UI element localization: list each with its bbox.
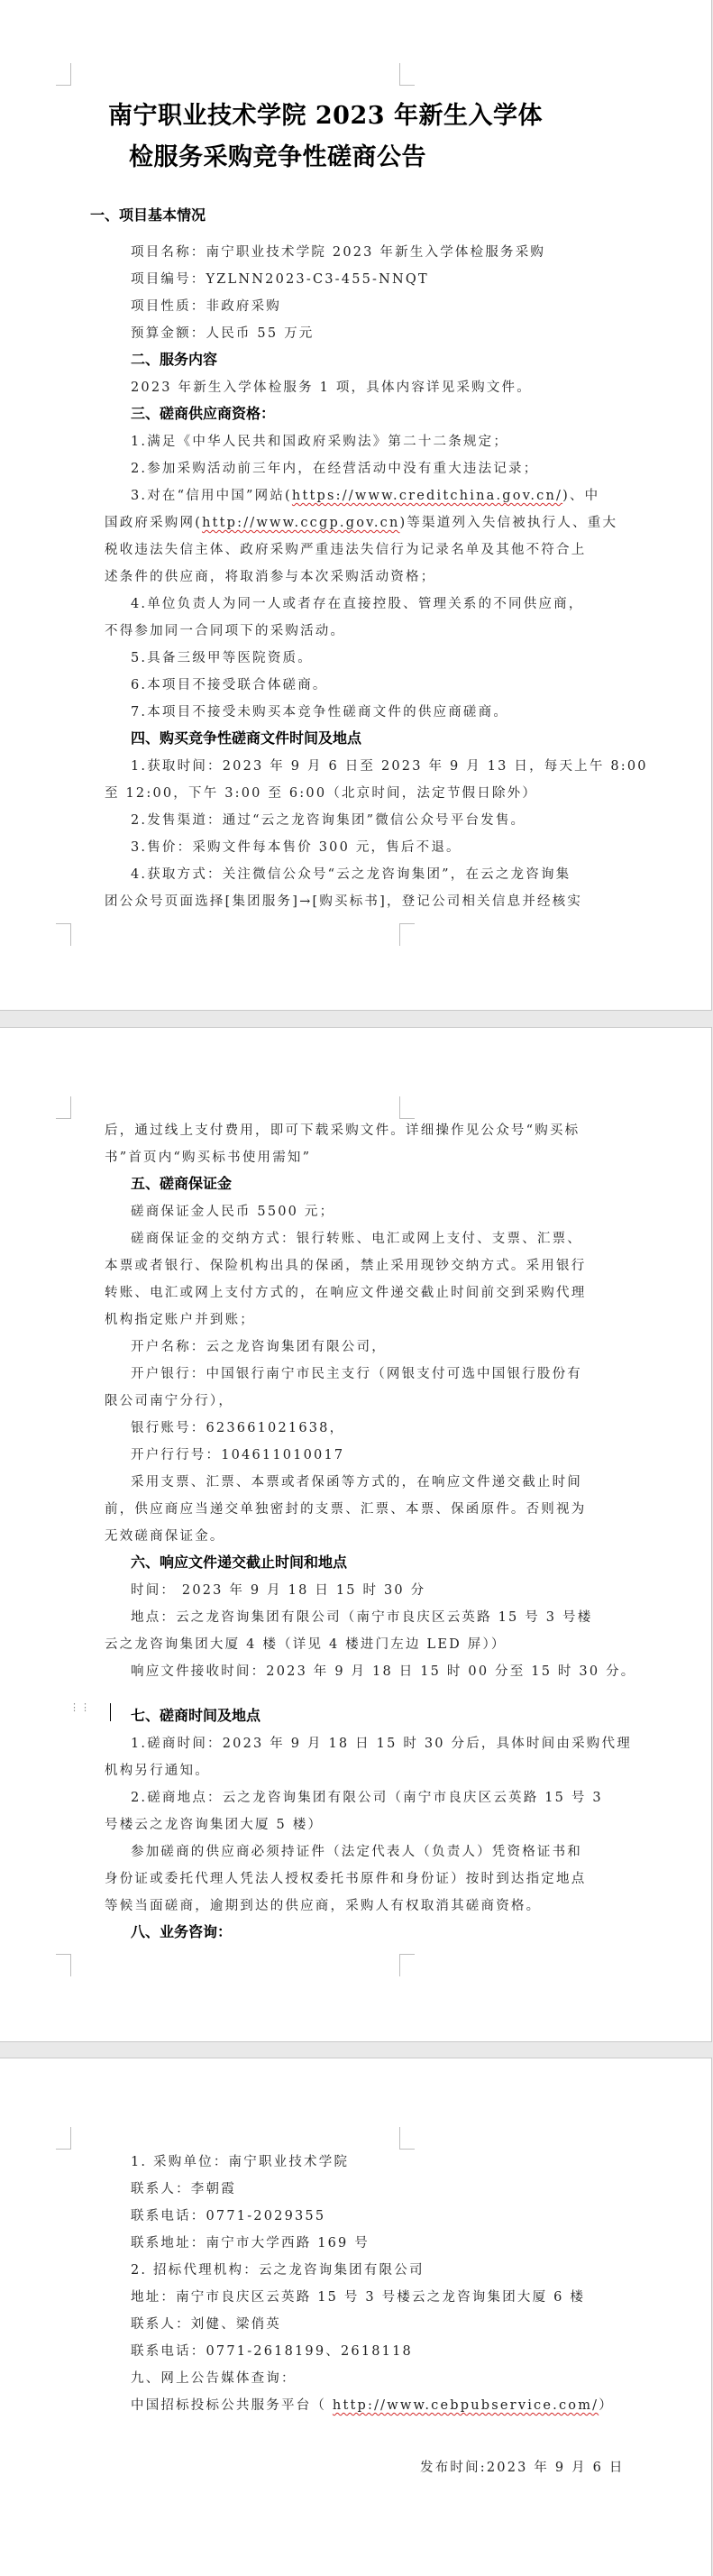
section-heading-9: 九、网上公告媒体查询：	[131, 2368, 297, 2387]
negotiation-place-cont: 号楼云之龙咨询集团大厦 5 楼）	[105, 1814, 323, 1833]
platform-name: 中国招标投标公共服务平台（	[131, 2398, 333, 2413]
section-heading-1: 一、项目基本情况	[90, 204, 206, 225]
section-heading-5: 五、磋商保证金	[131, 1172, 232, 1193]
account-number: 银行账号：623661021638，	[131, 1417, 344, 1436]
qualification-1: 1.满足《中华人民共和国政府采购法》第二十二条规定；	[131, 431, 508, 450]
section-heading-6: 六、响应文件递交截止时间和地点	[131, 1551, 347, 1572]
deposit-amount: 磋商保证金人民币 5500 元；	[131, 1201, 334, 1220]
qualification-3: 3.对在“信用中国”网站(https://www.creditchina.gov…	[131, 485, 599, 504]
deposit-method-cont: 机构指定账户并到账；	[105, 1309, 255, 1328]
qualification-3-text: 国政府采购网(	[105, 516, 202, 530]
drag-handle-icon[interactable]: ⋮⋮	[69, 1705, 91, 1710]
section-heading-7: 七、磋商时间及地点	[131, 1704, 261, 1725]
agent-contact: 联系人：刘健、梁俏英	[131, 2314, 281, 2333]
negotiation-time: 1.磋商时间：2023 年 9 月 18 日 15 时 30 分后，具体时间由采…	[131, 1733, 632, 1752]
crop-mark	[399, 63, 415, 86]
crop-mark	[56, 923, 71, 946]
budget-amount: 预算金额：人民币 55 万元	[131, 323, 314, 342]
acquisition-method: 4.获取方式：关注微信公众号“云之龙咨询集团”，在云之龙咨询集	[131, 864, 571, 883]
qualification-7: 7.本项目不接受未购买本竞争性磋商文件的供应商磋商。	[131, 701, 508, 720]
project-nature: 项目性质：非政府采购	[131, 296, 281, 315]
page-title-line-2: 检服务采购竞争性磋商公告	[129, 137, 426, 172]
creditchina-link[interactable]: https://www.creditchina.gov.cn/	[292, 489, 562, 503]
document-page-1: 南宁职业技术学院 2023 年新生入学体 检服务采购竞争性磋商公告 一、项目基本…	[0, 0, 712, 1011]
purchase-time: 1.获取时间：2023 年 9 月 6 日至 2023 年 9 月 13 日，每…	[131, 756, 648, 775]
negotiation-place: 2.磋商地点：云之龙咨询集团有限公司（南宁市良庆区云英路 15 号 3	[131, 1787, 603, 1806]
qualification-4-cont: 不得参加同一合同项下的采购活动。	[105, 620, 345, 639]
qualification-4: 4.单位负责人为同一人或者存在直接控股、管理关系的不同供应商，	[131, 593, 584, 612]
crop-mark	[56, 1954, 71, 1976]
section-heading-2: 二、服务内容	[131, 348, 217, 369]
page-title-line-1: 南宁职业技术学院 2023 年新生入学体	[108, 96, 543, 131]
qualification-6: 6.本项目不接受联合体磋商。	[131, 674, 328, 693]
bank-code: 开户行行号：104611010017	[131, 1444, 344, 1463]
crop-mark	[399, 1954, 415, 1976]
publish-date: 发布时间:2023 年 9 月 6 日	[420, 2457, 625, 2476]
section-heading-4: 四、购买竞争性磋商文件时间及地点	[131, 727, 361, 747]
receive-time: 响应文件接收时间：2023 年 9 月 18 日 15 时 00 分至 15 时…	[131, 1661, 636, 1680]
bank-name: 开户银行：中国银行南宁市民主支行（网银支付可选中国银行股份有	[131, 1363, 582, 1382]
acquisition-method-cont: 后，通过线上支付费用，即可下载采购文件。详细操作见公众号“购买标	[105, 1120, 580, 1139]
deadline-time: 时间： 2023 年 9 月 18 日 15 时 30 分	[131, 1580, 425, 1599]
service-content: 2023 年新生入学体检服务 1 项，具体内容详见采购文件。	[131, 377, 532, 396]
crop-mark	[399, 1096, 415, 1119]
document-page-3	[0, 2058, 712, 2576]
agent-name: 2. 招标代理机构：云之龙咨询集团有限公司	[131, 2260, 425, 2278]
deposit-other-cont: 前，供应商应当递交单独密封的支票、汇票、本票、保函原件。否则视为	[105, 1499, 586, 1517]
qualification-3-cont: 税收违法失信主体、政府采购严重违法失信行为记录名单及其他不符合上	[105, 539, 586, 558]
qualification-2: 2.参加采购活动前三年内，在经营活动中没有重大违法记录；	[131, 458, 538, 477]
deposit-method-cont: 转账、电汇或网上支付方式的，在响应文件递交截止时间前交到采购代理	[105, 1282, 586, 1301]
acquisition-method-cont: 团公众号页面选择[集团服务]→[购买标书]，登记公司相关信息并经核实	[105, 891, 582, 910]
qualification-3-cont: 国政府采购网(http://www.ccgp.gov.cn)等渠道列入失信被执行…	[105, 512, 617, 531]
deposit-method-cont: 本票或者银行、保险机构出具的保函，禁止采用现钞交纳方式。采用银行	[105, 1255, 586, 1274]
buyer-contact: 联系人：李朝霞	[131, 2178, 236, 2197]
negotiation-note-cont: 身份证或委托代理人凭法人授权委托书原件和身份证）按时到达指定地点	[105, 1868, 586, 1887]
qualification-5: 5.具备三级甲等医院资质。	[131, 647, 313, 666]
purchase-time-cont: 至 12:00，下午 3:00 至 6:00（北京时间，法定节假日除外）	[105, 783, 537, 802]
buyer-unit: 1. 采购单位：南宁职业技术学院	[131, 2151, 349, 2170]
qualification-3-text: )、中	[562, 489, 599, 503]
buyer-address: 联系地址：南宁市大学西路 169 号	[131, 2232, 370, 2251]
platform-line: 中国招标投标公共服务平台（ http://www.cebpubservice.c…	[131, 2395, 614, 2414]
negotiation-note: 参加磋商的供应商必须持证件（法定代表人（负责人）凭资格证书和	[131, 1841, 582, 1860]
bank-name-cont: 限公司南宁分行），	[105, 1390, 233, 1409]
deposit-other-cont: 无效磋商保证金。	[105, 1526, 225, 1545]
crop-mark	[56, 2127, 71, 2150]
sales-channel: 2.发售渠道：通过“云之龙咨询集团”微信公众号平台发售。	[131, 810, 526, 829]
qualification-3-cont: 述条件的供应商，将取消参与本次采购活动资格；	[105, 566, 435, 585]
agent-phone: 联系电话：0771-2618199、2618118	[131, 2341, 413, 2360]
deposit-other: 采用支票、汇票、本票或者保函等方式的，在响应文件递交截止时间	[131, 1471, 582, 1490]
deposit-method: 磋商保证金的交纳方式：银行转账、电汇或网上支付、支票、汇票、	[131, 1228, 582, 1247]
buyer-phone: 联系电话：0771-2029355	[131, 2205, 325, 2224]
crop-mark	[56, 1096, 71, 1119]
agent-address: 地址：南宁市良庆区云英路 15 号 3 号楼云之龙咨询集团大厦 6 楼	[131, 2287, 585, 2306]
crop-mark	[399, 923, 415, 946]
ccgp-link[interactable]: http://www.ccgp.gov.cn	[202, 516, 399, 530]
qualification-3-text: 3.对在“信用中国”网站(	[131, 489, 292, 503]
negotiation-time-cont: 机构另行通知。	[105, 1760, 210, 1779]
text-cursor	[110, 1703, 111, 1721]
acquisition-method-cont: 书”首页内“购买标书使用需知”	[105, 1147, 311, 1166]
deadline-place-cont: 云之龙咨询集团大厦 4 楼（详见 4 楼进门左边 LED 屏））	[105, 1634, 507, 1653]
negotiation-note-cont: 等候当面磋商，逾期到达的供应商，采购人有权取消其磋商资格。	[105, 1895, 541, 1914]
project-name: 项目名称：南宁职业技术学院 2023 年新生入学体检服务采购	[131, 242, 545, 261]
crop-mark	[56, 63, 71, 86]
project-number: 项目编号：YZLNN2023-C3-455-NNQT	[131, 269, 429, 288]
qualification-3-text: )等渠道列入失信被执行人、重大	[399, 516, 617, 530]
account-name: 开户名称：云之龙咨询集团有限公司，	[131, 1336, 387, 1355]
crop-mark	[399, 2127, 415, 2150]
deadline-place: 地点：云之龙咨询集团有限公司（南宁市良庆区云英路 15 号 3 号楼	[131, 1607, 592, 1626]
platform-text: ）	[599, 2398, 614, 2413]
sale-price: 3.售价：采购文件每本售价 300 元，售后不退。	[131, 837, 462, 856]
cebpubservice-link[interactable]: http://www.cebpubservice.com/	[333, 2398, 599, 2413]
section-heading-8: 八、业务咨询：	[131, 1921, 232, 1941]
section-heading-3: 三、磋商供应商资格：	[131, 402, 275, 423]
